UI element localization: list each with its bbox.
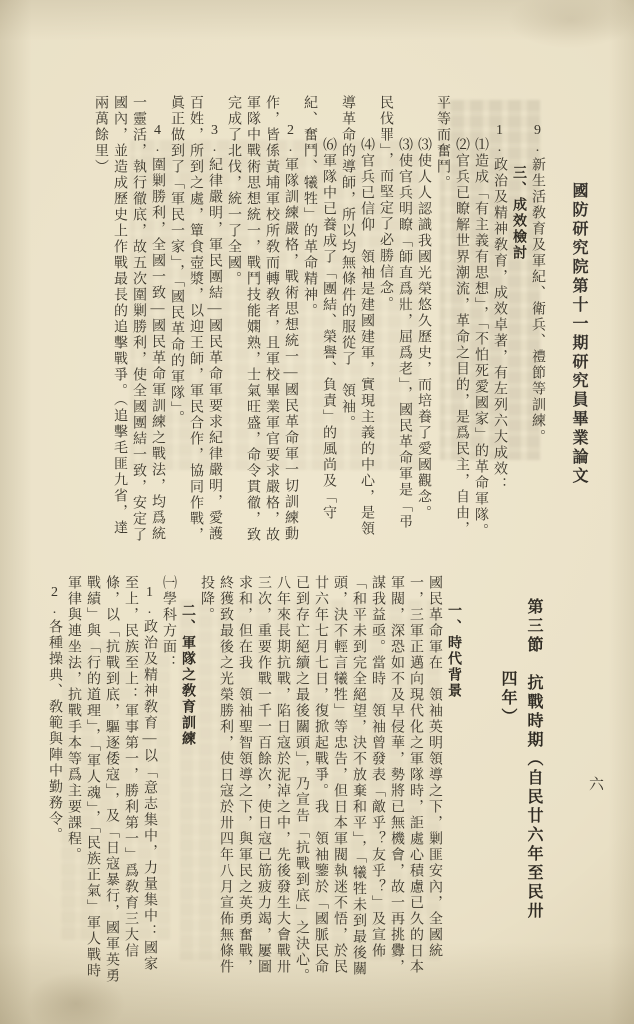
sub-item-3a: ⑶使人人認識我國光榮悠久歷史，而培養了愛國觀念。 xyxy=(414,95,433,545)
list-item-1: 1.政治及精神敎育，成效卓著，有左列六大成效： xyxy=(490,95,509,545)
heading-effect-review: 三、成效檢討 xyxy=(509,95,528,545)
lower-list-item-1: 1.政治及精神敎育—以「意志集中，力量集中：國家至上，民族至上：軍事第一，勝利第… xyxy=(64,575,159,985)
list-item-3: 3.紀律嚴明，軍民團結—國民革命軍要求紀律嚴明，愛護百姓，所到之處，簞食壺漿，以… xyxy=(167,95,224,545)
upper-text-block: 9.新生活敎育及軍紀、衛兵、禮節等訓練。 三、成效檢討 1.政治及精神敎育，成效… xyxy=(45,95,547,545)
sub-item-2: ⑵官兵已瞭解世界潮流，革命之目的，是爲民主，自由，平等而奮鬥。 xyxy=(433,95,471,545)
section-heading-line2: 四年） xyxy=(494,598,520,998)
list-item-4: 4.圍剿勝利，全國一致—國民革命軍訓練之戰法，均爲統一靈活，執行徹底，故五次圍剿… xyxy=(91,95,167,545)
sub-item-6: ⑹軍隊中已養成了「團結、榮譽、負責」的風尚及「守紀、奮鬥、犧牲」的革命精神。 xyxy=(300,95,338,545)
journal-title: 國防研究院第十一期研究員畢業論文 xyxy=(567,182,590,512)
sub-item-1: ⑴造成「有主義有思想」，「不怕死愛國家」的革命軍隊。 xyxy=(471,95,490,545)
sub-item-3b: ⑶使官兵明瞭「師直爲壯，屈爲老」，國民革命軍是「弔民伐罪」，而堅定了必勝信念。 xyxy=(376,95,414,545)
section-heading-line1: 第三節 抗戰時期（自民廿六年至民卅 xyxy=(520,598,546,998)
page-number: 六 xyxy=(585,776,606,793)
subheading-academic: ㈠學科方面： xyxy=(159,575,178,985)
list-item-2: 2.軍隊訓練嚴格，戰術思想統一—國民革命軍一切訓練動作，皆係黃埔軍校所敎而轉敎者… xyxy=(224,95,300,545)
heading-army-education: 二、軍隊之敎育訓練 xyxy=(178,575,197,985)
section-heading: 第三節 抗戰時期（自民廿六年至民卅 四年） xyxy=(494,598,546,998)
scanned-document-page: 國防研究院第十一期研究員畢業論文 9.新生活敎育及軍紀、衛兵、禮節等訓練。 三、… xyxy=(0,0,634,1024)
list-item-9: 9.新生活敎育及軍紀、衛兵、禮節等訓練。 xyxy=(528,95,547,545)
paragraph-era-background: 國民革命軍在 領袖英明領導之下，剿匪安內，全國統一，三軍正邁向現代化之軍隊時，詎… xyxy=(197,575,444,985)
sub-item-4: ⑷官兵已信仰 領袖是建國建軍，實現主義的中心，是領導革命的導師，所以均無條件的服… xyxy=(338,95,376,545)
heading-era-background: 一、時代背景 xyxy=(444,575,463,985)
lower-text-block: 一、時代背景 國民革命軍在 領袖英明領導之下，剿匪安內，全國統一，三軍正邁向現代… xyxy=(59,575,463,985)
lower-list-item-2: 2.各種操典、敎範與陣中勤務令。 xyxy=(45,575,64,985)
